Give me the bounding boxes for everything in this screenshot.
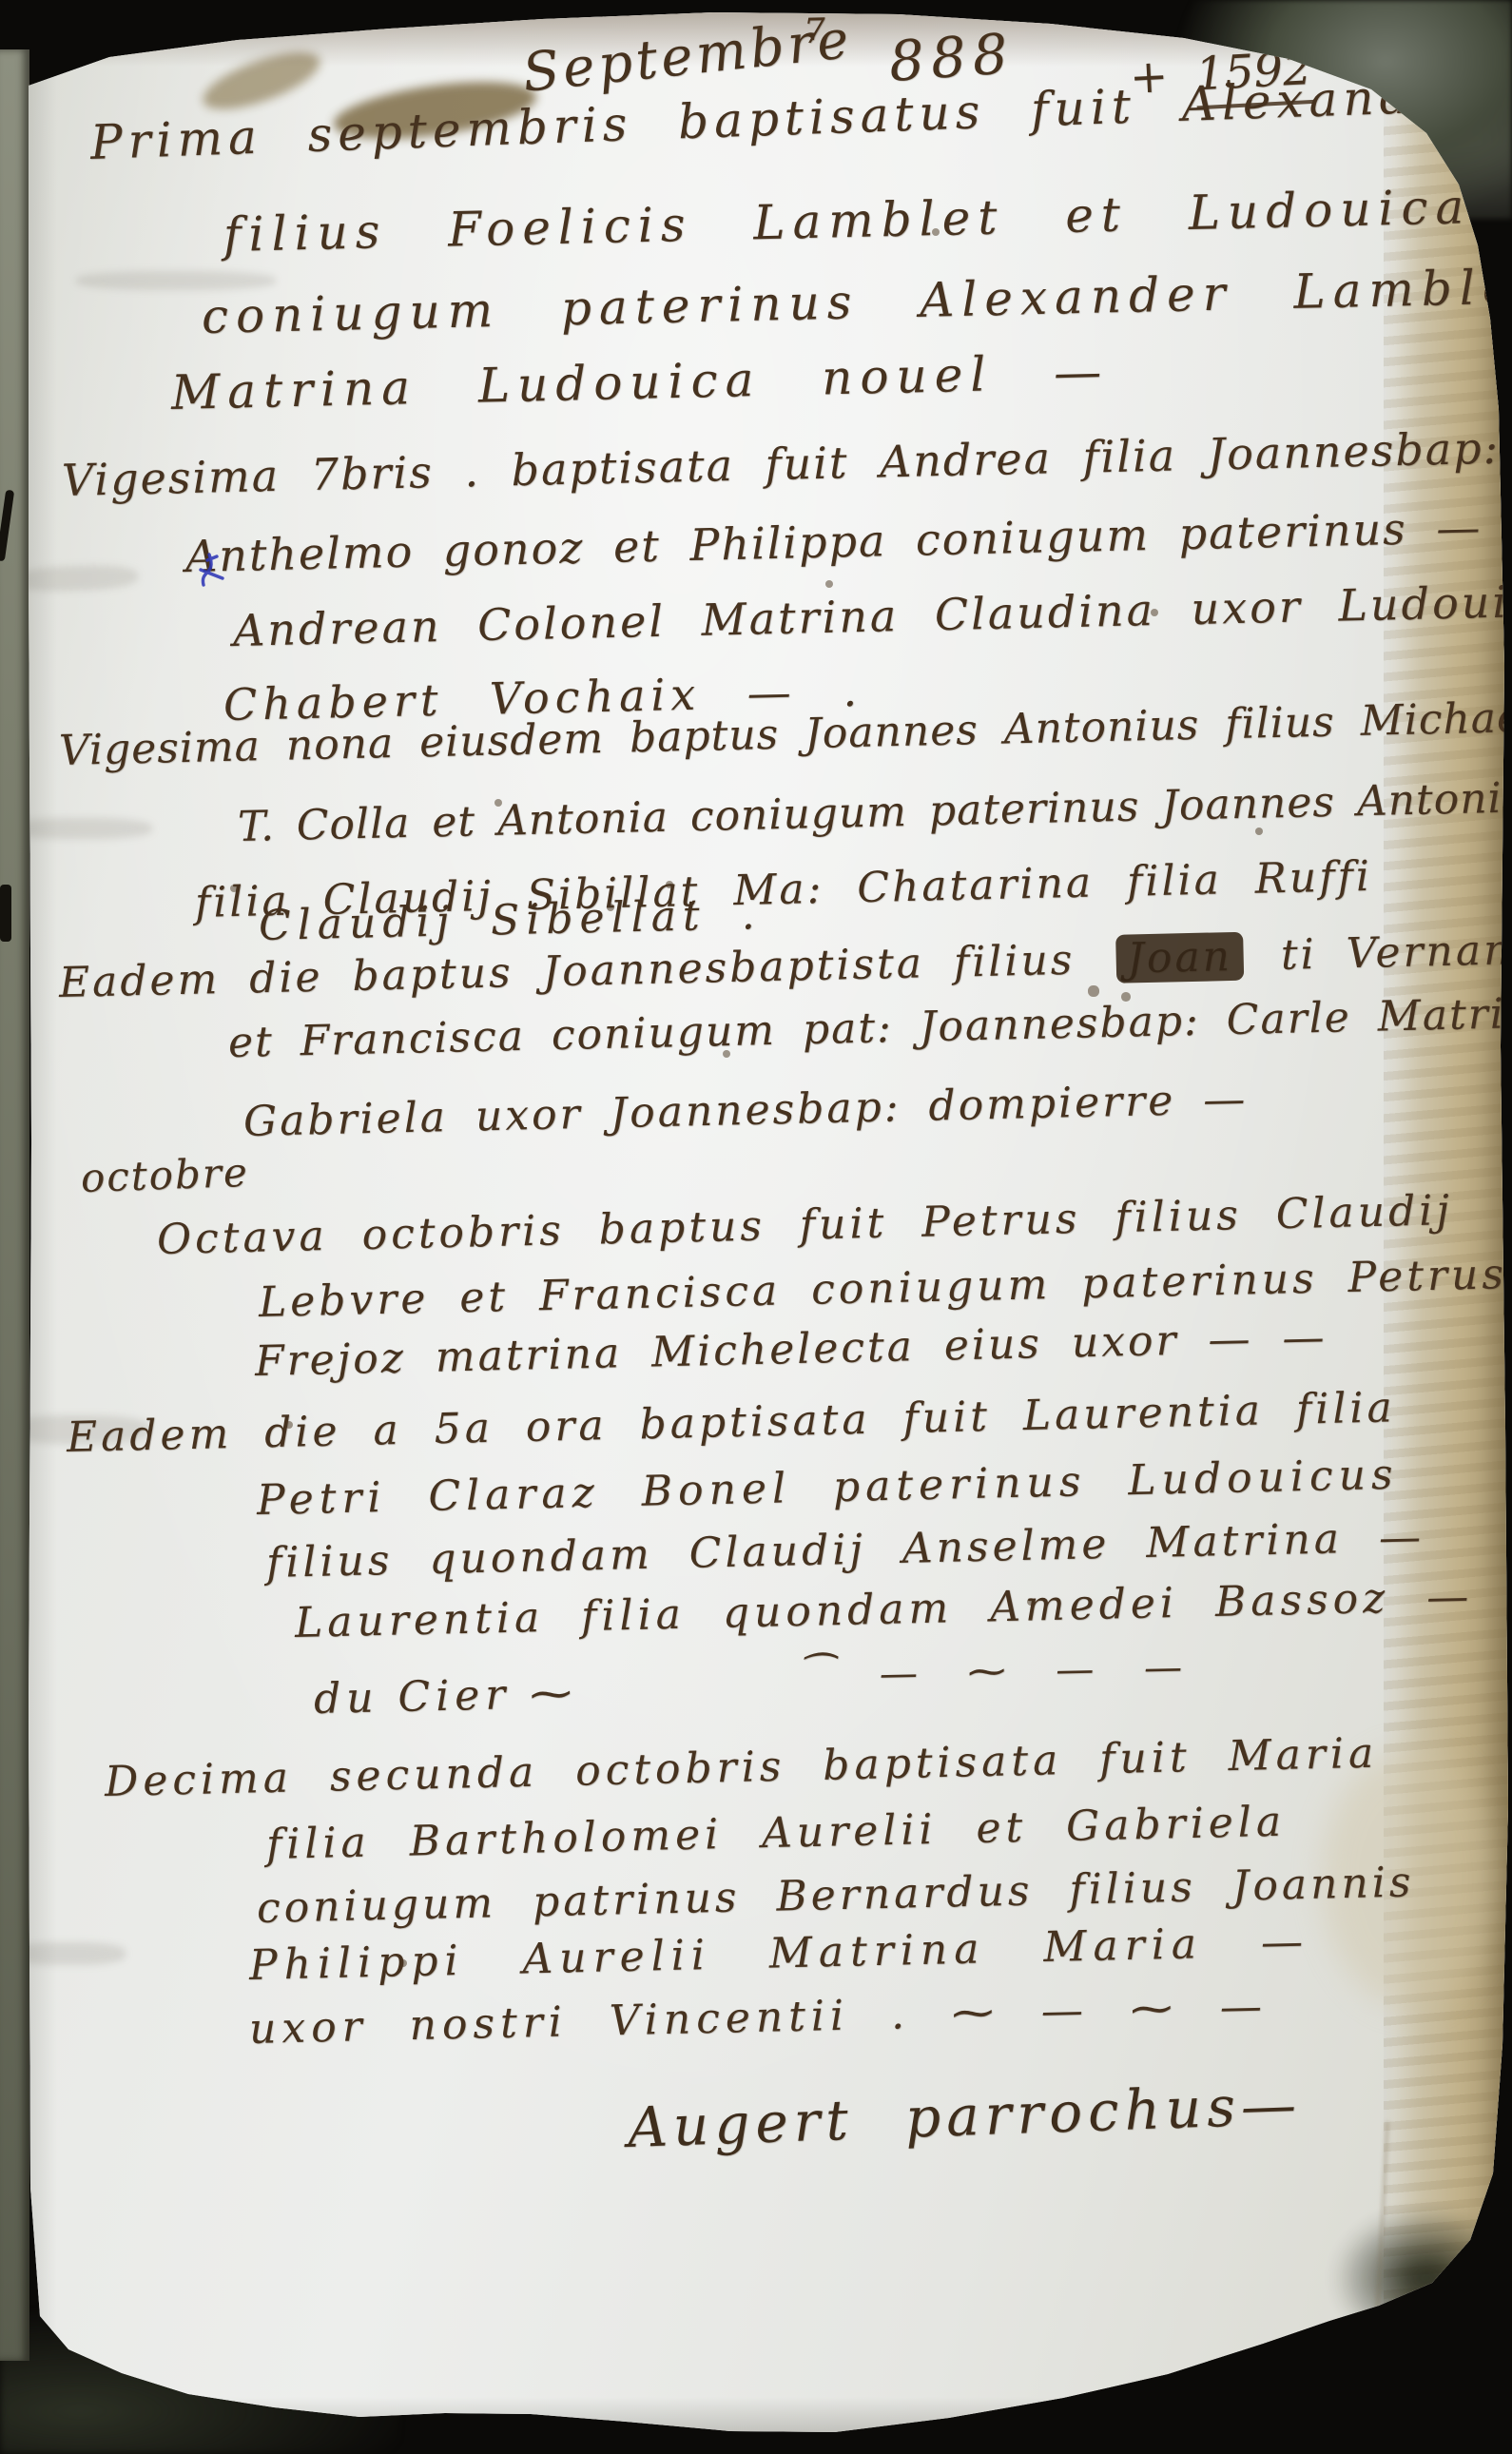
binding-edge: [0, 49, 29, 2361]
record-line: Philippi Aurelii Matrina Maria —: [249, 1921, 1310, 1987]
blue-ink-mark: [196, 547, 228, 589]
corner-shadow: [1331, 2207, 1512, 2349]
record-line: coniugum paterinus Alexander Lamblet: [201, 263, 1512, 341]
binding-stitch: [0, 885, 11, 942]
record-line: Octava octobris baptus fuit Petrus filiu…: [157, 1190, 1454, 1261]
record-line: Andrean Colonel Matrina Claudina uxor Lu…: [232, 578, 1512, 652]
record-line: Gabriela uxor Joannesbap: dompierre —: [243, 1079, 1249, 1143]
record-line-text: ti Vernant: [1280, 925, 1512, 980]
paper-sheet: 7 Septembre 888 + 1592 61 Prima septembr…: [0, 0, 1512, 2454]
record-line: uxor nostri Vincentii . ⁓ — ⁓ —: [249, 1986, 1269, 2051]
record-line: Frejoz matrina Michelecta eius uxor — —: [255, 1316, 1328, 1383]
record-line: filius Foelicis Lamblet et Ludouica: [223, 183, 1471, 259]
record-line: Vigesima 7bris . baptisata fuit Andrea f…: [61, 426, 1500, 502]
margin-note-october: octobre: [80, 1153, 249, 1198]
show-through-mark: [10, 818, 152, 839]
show-through-mark: [14, 564, 139, 594]
record-line: Eadem die a 5a ora baptisata fuit Lauren…: [67, 1387, 1397, 1459]
ink-specks: [0, 0, 4, 4]
record-line: filia Bartholomei Aurelii et Gabriela: [266, 1802, 1287, 1866]
header-year-flourish: 888: [887, 26, 1016, 89]
scanned-register-page: 7 Septembre 888 + 1592 61 Prima septembr…: [0, 0, 1512, 2454]
record-line: Laurentia filia quondam Amedei Bassoz —: [295, 1576, 1474, 1645]
priest-signature: Augert parrochus—: [627, 2076, 1303, 2155]
record-line: T. Colla et Antonia coniugum paterinus J…: [238, 777, 1512, 848]
record-line: Petri Claraz Bonel paterinus Ludouicus: [257, 1454, 1399, 1522]
header-month: Septembre: [520, 13, 855, 101]
record-line: Anthelmo gonoz et Philippa coniugum pate…: [184, 505, 1482, 578]
record-line: Decima secunda octobris baptisata fuit M…: [105, 1733, 1379, 1803]
record-line: filius quondam Claudij Anselme Matrina —: [266, 1516, 1425, 1585]
record-line: Claudij Sibellat .: [259, 894, 763, 947]
record-line-text: Eadem die baptus Joannesbaptista filius: [58, 936, 1075, 1007]
record-line: Matrina Ludouica nouel —: [170, 348, 1109, 417]
pen-flourish: ⁀ — ⁓ — —: [799, 1648, 1192, 1695]
record-line: du Cier ⁓: [314, 1673, 578, 1721]
struck-out-name: Joan: [1115, 932, 1245, 984]
record-line: et Francisca coniugum pat: Joannesbap: C…: [228, 992, 1512, 1064]
